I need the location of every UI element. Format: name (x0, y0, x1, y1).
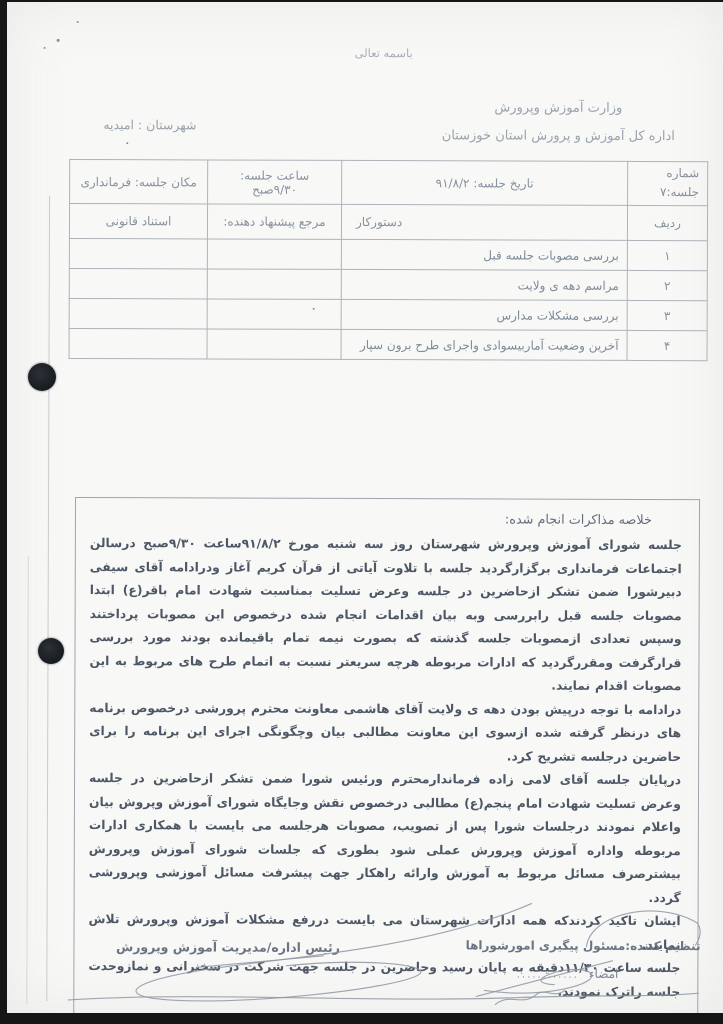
proposer-value (207, 239, 341, 269)
legal-basis-header: استناد قانونی (69, 203, 207, 238)
table-header-row-1: شماره جلسه:۷ تاریخ جلسه: ۹۱/۸/۲ ساعت جلس… (70, 159, 708, 205)
row-number: ۴ (627, 330, 707, 360)
legal-value (69, 328, 207, 358)
page-fold-line (26, 556, 29, 1004)
agenda-item: بررسی مشکلات مدارس (341, 299, 627, 330)
punch-hole-bottom (38, 638, 64, 664)
proposer-header: مرجع پیشنهاد دهنده: (207, 204, 341, 239)
table-row: ۱ بررسی مصوبات جلسه قبل (69, 238, 707, 270)
table-row: ۲ مراسم دهه ی ولایت (69, 268, 707, 300)
scan-speck (44, 47, 46, 49)
row-number-header: ردیف (627, 205, 707, 240)
ministry-name: وزارت آموزش وپرورش (408, 94, 708, 123)
meeting-info-table: شماره جلسه:۷ تاریخ جلسه: ۹۱/۸/۲ ساعت جلس… (69, 159, 709, 361)
agenda-item: بررسی مصوبات جلسه قبل (341, 239, 627, 270)
signature-left-title: رئیس اداره/مدیریت آموزش وپرورش (110, 939, 345, 955)
legal-value (69, 268, 207, 298)
agenda-item: مراسم دهه ی ولایت (341, 269, 627, 300)
scan-speck (57, 39, 60, 42)
page-fold-line (46, 196, 50, 1001)
row-number: ۱ (627, 240, 707, 270)
proposer-value (207, 269, 341, 299)
legal-value (69, 238, 207, 268)
summary-heading: خلاصه مذاکرات انجام شده: (90, 507, 652, 532)
signature-right-title: تنظیم کننده:مسئول پیگیری امورشوراها (450, 938, 700, 953)
table-header-row-2: ردیف دستورکار مرجع پیشنهاد دهنده: استناد… (69, 203, 707, 240)
screenshot-root: { "document": { "bismillah": "باسمه تعال… (0, 0, 723, 1024)
scan-content: باسمه تعالی وزارت آموزش وپرورش اداره کل … (7, 2, 723, 1013)
letterhead: وزارت آموزش وپرورش اداره کل آموزش و پرور… (408, 94, 708, 151)
table-row: ۴ آخرین وضعیت آماربیسوادی واجرای طرح برو… (69, 328, 707, 360)
minutes-summary-box: خلاصه مذاکرات انجام شده: جلسه شورای آموز… (73, 497, 700, 1013)
meeting-date-cell: تاریخ جلسه: ۹۱/۸/۲ (342, 160, 628, 205)
legal-value (69, 298, 207, 328)
table-row: ۳ بررسی مشکلات مدارس (69, 298, 707, 330)
signature-line-row: امضاء ............ (473, 965, 618, 981)
meeting-time-cell: ساعت جلسه: ۹/۳۰صبح (208, 160, 342, 204)
row-number: ۲ (627, 270, 707, 300)
scanned-page: باسمه تعالی وزارت آموزش وپرورش اداره کل … (7, 2, 723, 1013)
proposer-value (207, 329, 341, 359)
bismillah-text: باسمه تعالی (309, 46, 459, 61)
county-label: شهرستان : امیدیه (103, 117, 303, 133)
scan-speck (313, 308, 315, 310)
summary-paragraph: درپایان جلسه آقای لامی زاده فرماندارمحتر… (89, 767, 681, 910)
scan-speck (126, 142, 128, 144)
signature-label: امضاء (589, 966, 619, 980)
row-number: ۳ (627, 300, 707, 330)
signature-dotted-line: ............ (517, 970, 579, 981)
summary-paragraph: جلسه شورای آموزش وپرورش شهرستان روز سه ش… (89, 532, 682, 699)
meeting-number-cell: شماره جلسه:۷ (628, 161, 708, 205)
proposer-value (207, 299, 341, 329)
agenda-header: دستورکار (341, 204, 627, 240)
punch-hole-top (28, 363, 56, 391)
department-name: اداره کل آموزش و پرورش استان خوزستان (408, 122, 708, 151)
scan-speck (77, 21, 79, 23)
meeting-location-cell: مکان جلسه: فرمانداری (70, 159, 208, 203)
agenda-item: آخرین وضعیت آماربیسوادی واجرای طرح برون … (341, 329, 627, 360)
summary-paragraph: درادامه با توجه درپیش بودن دهه ی ولایت آ… (89, 697, 681, 770)
